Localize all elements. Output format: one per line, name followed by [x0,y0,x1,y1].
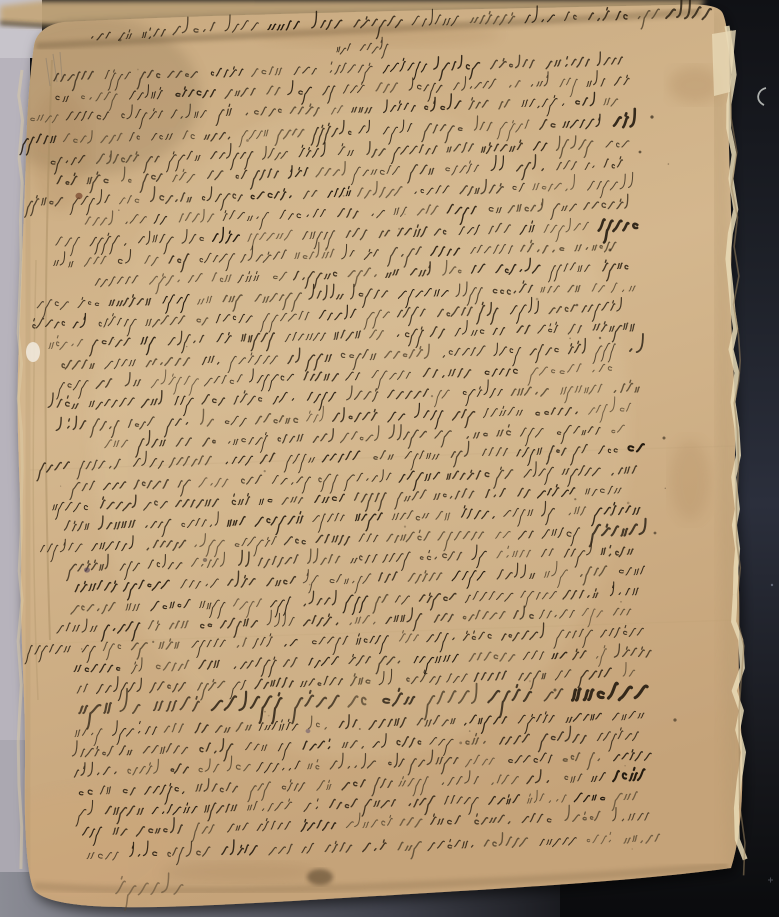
paper-speck [404,526,406,528]
paper-speck [81,648,82,649]
stain-dot [306,729,311,733]
foxing-spot [669,67,721,103]
paper-speck [431,395,433,397]
stain-dot [119,39,122,42]
paper-speck [137,69,139,71]
paper-speck [469,730,471,732]
stain-dot [663,437,666,440]
paper-speck [529,680,531,682]
paper-speck [118,209,120,211]
stain-dot [554,689,557,692]
paper-speck [343,195,345,197]
paper-speck [404,214,405,215]
paper-speck [203,790,205,792]
paper-speck [624,765,625,766]
paper-speck [398,228,400,230]
stain-dot [76,193,83,199]
foxing-band-bottom [160,862,320,882]
left-inner-shade [26,60,30,880]
paper-speck [548,456,550,458]
stain-dot [84,567,90,572]
stain-dot [639,151,642,154]
stain-dot [610,514,612,516]
stain-dot [650,115,653,118]
manuscript-photo: Photograph of an aged handwritten Hebrew… [0,0,779,917]
stain-dot [203,558,207,562]
paper-speck [152,641,154,643]
paper-speck [632,848,633,849]
paper-speck [359,728,361,730]
stain-dot [599,337,601,339]
stain-dot [673,718,676,721]
paper-speck [421,330,423,332]
paper-speck [620,601,622,603]
paper-speck [459,742,462,745]
paper-speck [665,488,666,489]
paper-speck [114,339,115,340]
paper-speck [569,338,571,340]
paper-speck [536,298,539,301]
foxing-spot [30,90,90,210]
stain-dot [609,249,612,252]
foxing-spot [670,440,710,520]
paper-speck [668,163,670,165]
paper-speck [309,584,311,586]
stain-dot [576,304,579,307]
paper-speck [246,139,249,142]
stain-dot [654,532,657,535]
paper-speck [264,470,266,472]
ink-smudge [307,869,333,885]
paper-speck [264,711,266,713]
paper-speck [186,346,187,347]
paper-chip [26,342,40,362]
paper-speck [268,715,270,717]
paper-speck [574,498,576,500]
manuscript-scan: Photograph of an aged handwritten Hebrew… [0,0,779,917]
paper-speck [627,502,630,505]
dust-speck-dark-area [771,584,773,586]
paper-speck [60,486,61,487]
paper-speck [302,699,303,700]
